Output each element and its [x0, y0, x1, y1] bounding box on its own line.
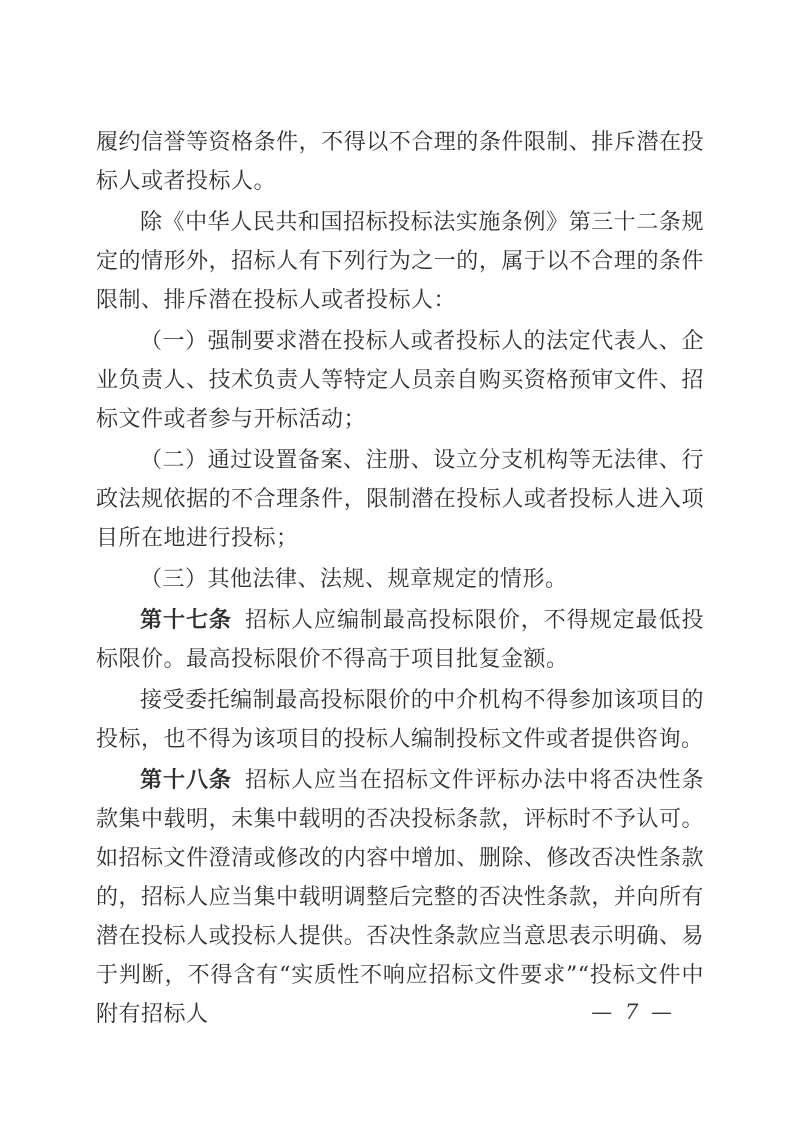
- paragraph: （三）其他法律、法规、规章规定的情形。: [96, 560, 704, 599]
- article-heading: 第十七条: [140, 607, 232, 633]
- page-number: — 7 —: [591, 997, 675, 1027]
- text-run: 招标人应当在招标文件评标办法中将否决性条款集中载明，未集中载明的否决投标条款，评…: [96, 768, 704, 1027]
- paragraph: 履约信誉等资格条件，不得以不合理的条件限制、排斥潜在投标人或者投标人。: [96, 123, 704, 201]
- text-run: 履约信誉等资格条件，不得以不合理的条件限制、排斥潜在投标人或者投标人。: [96, 130, 704, 194]
- text-run: （一）强制要求潜在投标人或者投标人的法定代表人、企业负责人、技术负责人等特定人员…: [96, 329, 704, 432]
- text-run: 接受委托编制最高投标限价的中介机构不得参加该项目的投标，也不得为该项目的投标人编…: [96, 688, 704, 752]
- article-heading: 第十八条: [140, 767, 232, 793]
- paragraph: （一）强制要求潜在投标人或者投标人的法定代表人、企业负责人、技术负责人等特定人员…: [96, 322, 704, 439]
- paragraph: （二）通过设置备案、注册、设立分支机构等无法律、行政法规依据的不合理条件，限制潜…: [96, 441, 704, 558]
- paragraph: 第十七条招标人应编制最高投标限价，不得规定最低投标限价。最高投标限价不得高于项目…: [96, 601, 704, 679]
- paragraph: 除《中华人民共和国招标投标法实施条例》第三十二条规定的情形外，招标人有下列行为之…: [96, 203, 704, 320]
- text-run: （二）通过设置备案、注册、设立分支机构等无法律、行政法规依据的不合理条件，限制潜…: [96, 448, 704, 551]
- text-run: 除《中华人民共和国招标投标法实施条例》第三十二条规定的情形外，招标人有下列行为之…: [96, 210, 704, 313]
- paragraph: 第十八条招标人应当在招标文件评标办法中将否决性条款集中载明，未集中载明的否决投标…: [96, 761, 704, 1034]
- document-body: 履约信誉等资格条件，不得以不合理的条件限制、排斥潜在投标人或者投标人。除《中华人…: [96, 123, 704, 1036]
- text-run: （三）其他法律、法规、规章规定的情形。: [140, 567, 568, 592]
- document-page: 履约信誉等资格条件，不得以不合理的条件限制、排斥潜在投标人或者投标人。除《中华人…: [0, 0, 793, 1122]
- paragraph: 接受委托编制最高投标限价的中介机构不得参加该项目的投标，也不得为该项目的投标人编…: [96, 681, 704, 759]
